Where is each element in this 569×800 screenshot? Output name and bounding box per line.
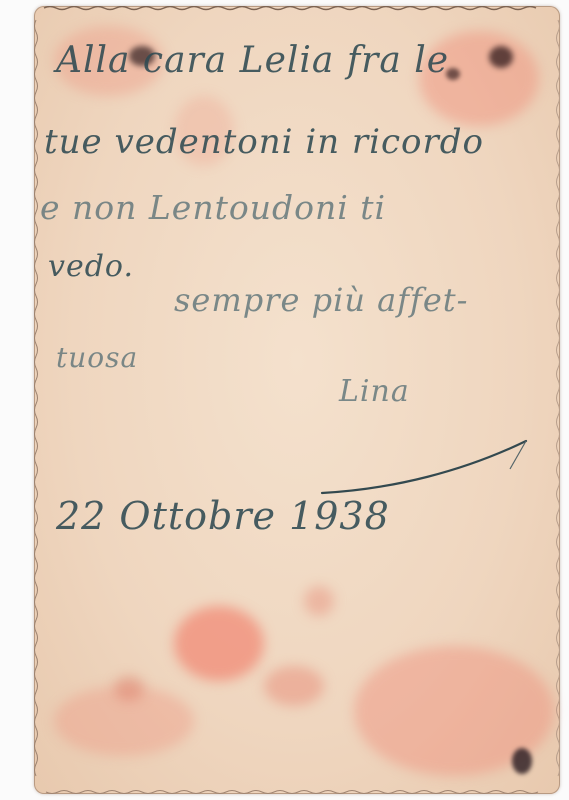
handwriting-line-5: sempre più affet- — [174, 281, 468, 319]
stain — [264, 666, 324, 706]
handwriting-line-4: vedo. — [48, 249, 134, 284]
signature-flourish — [314, 431, 544, 501]
handwriting-line-6: tuosa — [56, 341, 138, 374]
postcard: Alla cara Lelia fra le tue vedentoni in … — [34, 6, 560, 794]
stain — [114, 676, 144, 701]
stain — [174, 606, 264, 681]
stain — [304, 586, 334, 616]
handwriting-line-1: Alla cara Lelia fra le — [56, 40, 449, 81]
handwriting-line-2: tue vedentoni in ricordo — [44, 122, 484, 162]
signature: Lina — [339, 374, 410, 409]
handwriting-line-3: e non Lentoudoni ti — [40, 188, 386, 227]
ink-blot — [489, 46, 513, 68]
ink-blot — [512, 748, 532, 774]
